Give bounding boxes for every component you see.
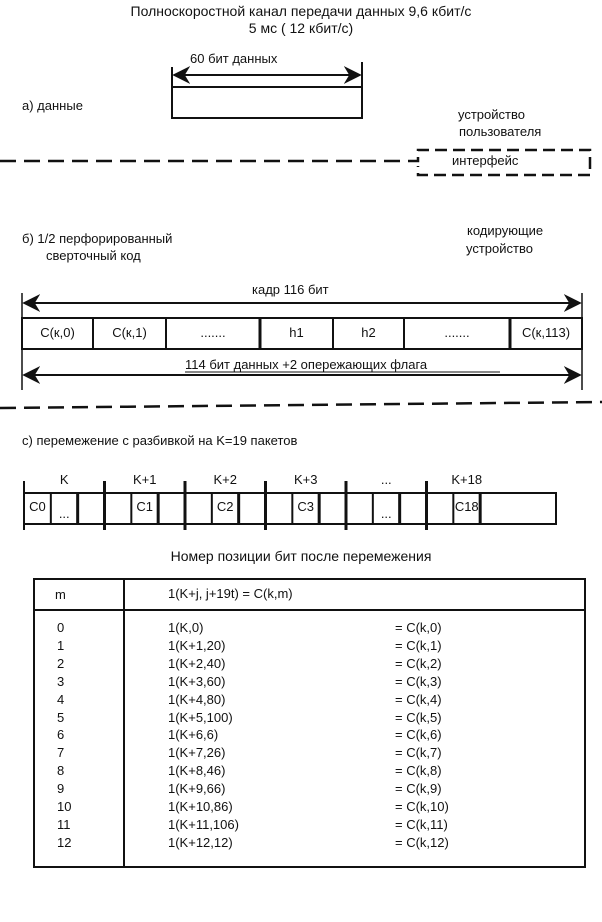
packet-label: K+1 — [105, 472, 186, 487]
table-cell-c: = C(k,7) — [395, 745, 442, 760]
section-b-label-2: сверточный код — [46, 248, 141, 263]
table-cell-i: 1(K+12,12) — [168, 835, 233, 850]
frame-cell: h1 — [260, 325, 333, 340]
packet-cell: ... — [373, 506, 400, 521]
table-cell-m: 2 — [57, 656, 64, 671]
table-cell-m: 4 — [57, 692, 64, 707]
packet-label: K+3 — [266, 472, 347, 487]
table-cell-i: 1(K+10,86) — [168, 799, 233, 814]
packet-cell: C3 — [292, 499, 319, 514]
table-cell-c: = C(k,5) — [395, 710, 442, 725]
packet-label: K+18 — [427, 472, 508, 487]
section-b-label-1: б) 1/2 перфорированный — [22, 231, 172, 246]
table-cell-i: 1(K+7,26) — [168, 745, 225, 760]
table-cell-m: 3 — [57, 674, 64, 689]
encoder-label-2: устройство — [466, 241, 533, 256]
table-cell-m: 6 — [57, 727, 64, 742]
table-cell-c: = C(k,9) — [395, 781, 442, 796]
table-cell-m: 7 — [57, 745, 64, 760]
frame-cell: ....... — [404, 325, 510, 340]
frame-label: кадр 116 бит — [252, 282, 329, 297]
table-cell-m: 9 — [57, 781, 64, 796]
table-cell-m: 0 — [57, 620, 64, 635]
table-cell-i: 1(K+4,80) — [168, 692, 225, 707]
frame-cell: C(к,1) — [93, 325, 166, 340]
table-header-formula: 1(K+j, j+19t) = C(k,m) — [168, 586, 293, 601]
user-device-label-2: пользователя — [459, 124, 541, 139]
table-caption: Номер позиции бит после перемежения — [0, 548, 602, 564]
section-a-label: а) данные — [22, 98, 83, 113]
data-span-label-b: 114 бит данных +2 опережающих флага — [185, 357, 427, 372]
frame-cell: C(к,113) — [510, 325, 582, 340]
data-span-label-a: 60 бит данных — [190, 51, 277, 66]
table-cell-i: 1(K+8,46) — [168, 763, 225, 778]
table-cell-i: 1(K+11,106) — [168, 817, 239, 832]
table-cell-c: = C(k,2) — [395, 656, 442, 671]
table-cell-m: 5 — [57, 710, 64, 725]
packet-label: ... — [346, 472, 427, 487]
table-cell-i: 1(K,0) — [168, 620, 203, 635]
table-cell-c: = C(k,6) — [395, 727, 442, 742]
user-device-label-1: устройство — [458, 107, 525, 122]
table-cell-c: = C(k,1) — [395, 638, 442, 653]
table-header-m: m — [55, 587, 66, 602]
table-cell-c: = C(k,12) — [395, 835, 449, 850]
table-cell-m: 10 — [57, 799, 71, 814]
table-cell-i: 1(K+2,40) — [168, 656, 225, 671]
table-column-divider — [123, 580, 125, 866]
table-cell-c: = C(k,8) — [395, 763, 442, 778]
table-cell-m: 12 — [57, 835, 71, 850]
table-cell-c: = C(k,3) — [395, 674, 442, 689]
table-cell-c: = C(k,10) — [395, 799, 449, 814]
table-cell-i: 1(K+1,20) — [168, 638, 225, 653]
packet-cell: C0 — [24, 499, 51, 514]
table-cell-c: = C(k,11) — [395, 817, 448, 832]
packet-cell: ... — [51, 506, 78, 521]
table-cell-m: 1 — [57, 638, 64, 653]
table-cell-c: = C(k,4) — [395, 692, 442, 707]
table-cell-i: 1(K+3,60) — [168, 674, 225, 689]
table-header-divider — [35, 609, 584, 611]
table-cell-i: 1(K+5,100) — [168, 710, 233, 725]
table-cell-i: 1(K+6,6) — [168, 727, 218, 742]
frame-cell: C(к,0) — [22, 325, 93, 340]
diagram-title-line1: Полноскоростной канал передачи данных 9,… — [0, 3, 602, 19]
bit-position-table: m 1(K+j, j+19t) = C(k,m) 01(K,0)= C(k,0)… — [33, 578, 586, 868]
table-cell-c: = C(k,0) — [395, 620, 442, 635]
encoder-label-1: кодирующие — [467, 223, 543, 238]
packet-cell: C1 — [131, 499, 158, 514]
table-cell-i: 1(K+9,66) — [168, 781, 225, 796]
interface-label: интерфейс — [452, 153, 518, 168]
frame-cell: h2 — [333, 325, 404, 340]
frame-cell: ....... — [166, 325, 260, 340]
packet-cell: C2 — [212, 499, 239, 514]
packet-cell: C18 — [453, 499, 480, 514]
packet-label: K — [24, 472, 105, 487]
table-cell-m: 8 — [57, 763, 64, 778]
table-cell-m: 11 — [57, 817, 71, 832]
section-c-label: с) перемежение с разбивкой на K=19 пакет… — [22, 433, 297, 448]
diagram-title-line2: 5 мс ( 12 кбит/с) — [0, 20, 602, 36]
packet-label: K+2 — [185, 472, 266, 487]
